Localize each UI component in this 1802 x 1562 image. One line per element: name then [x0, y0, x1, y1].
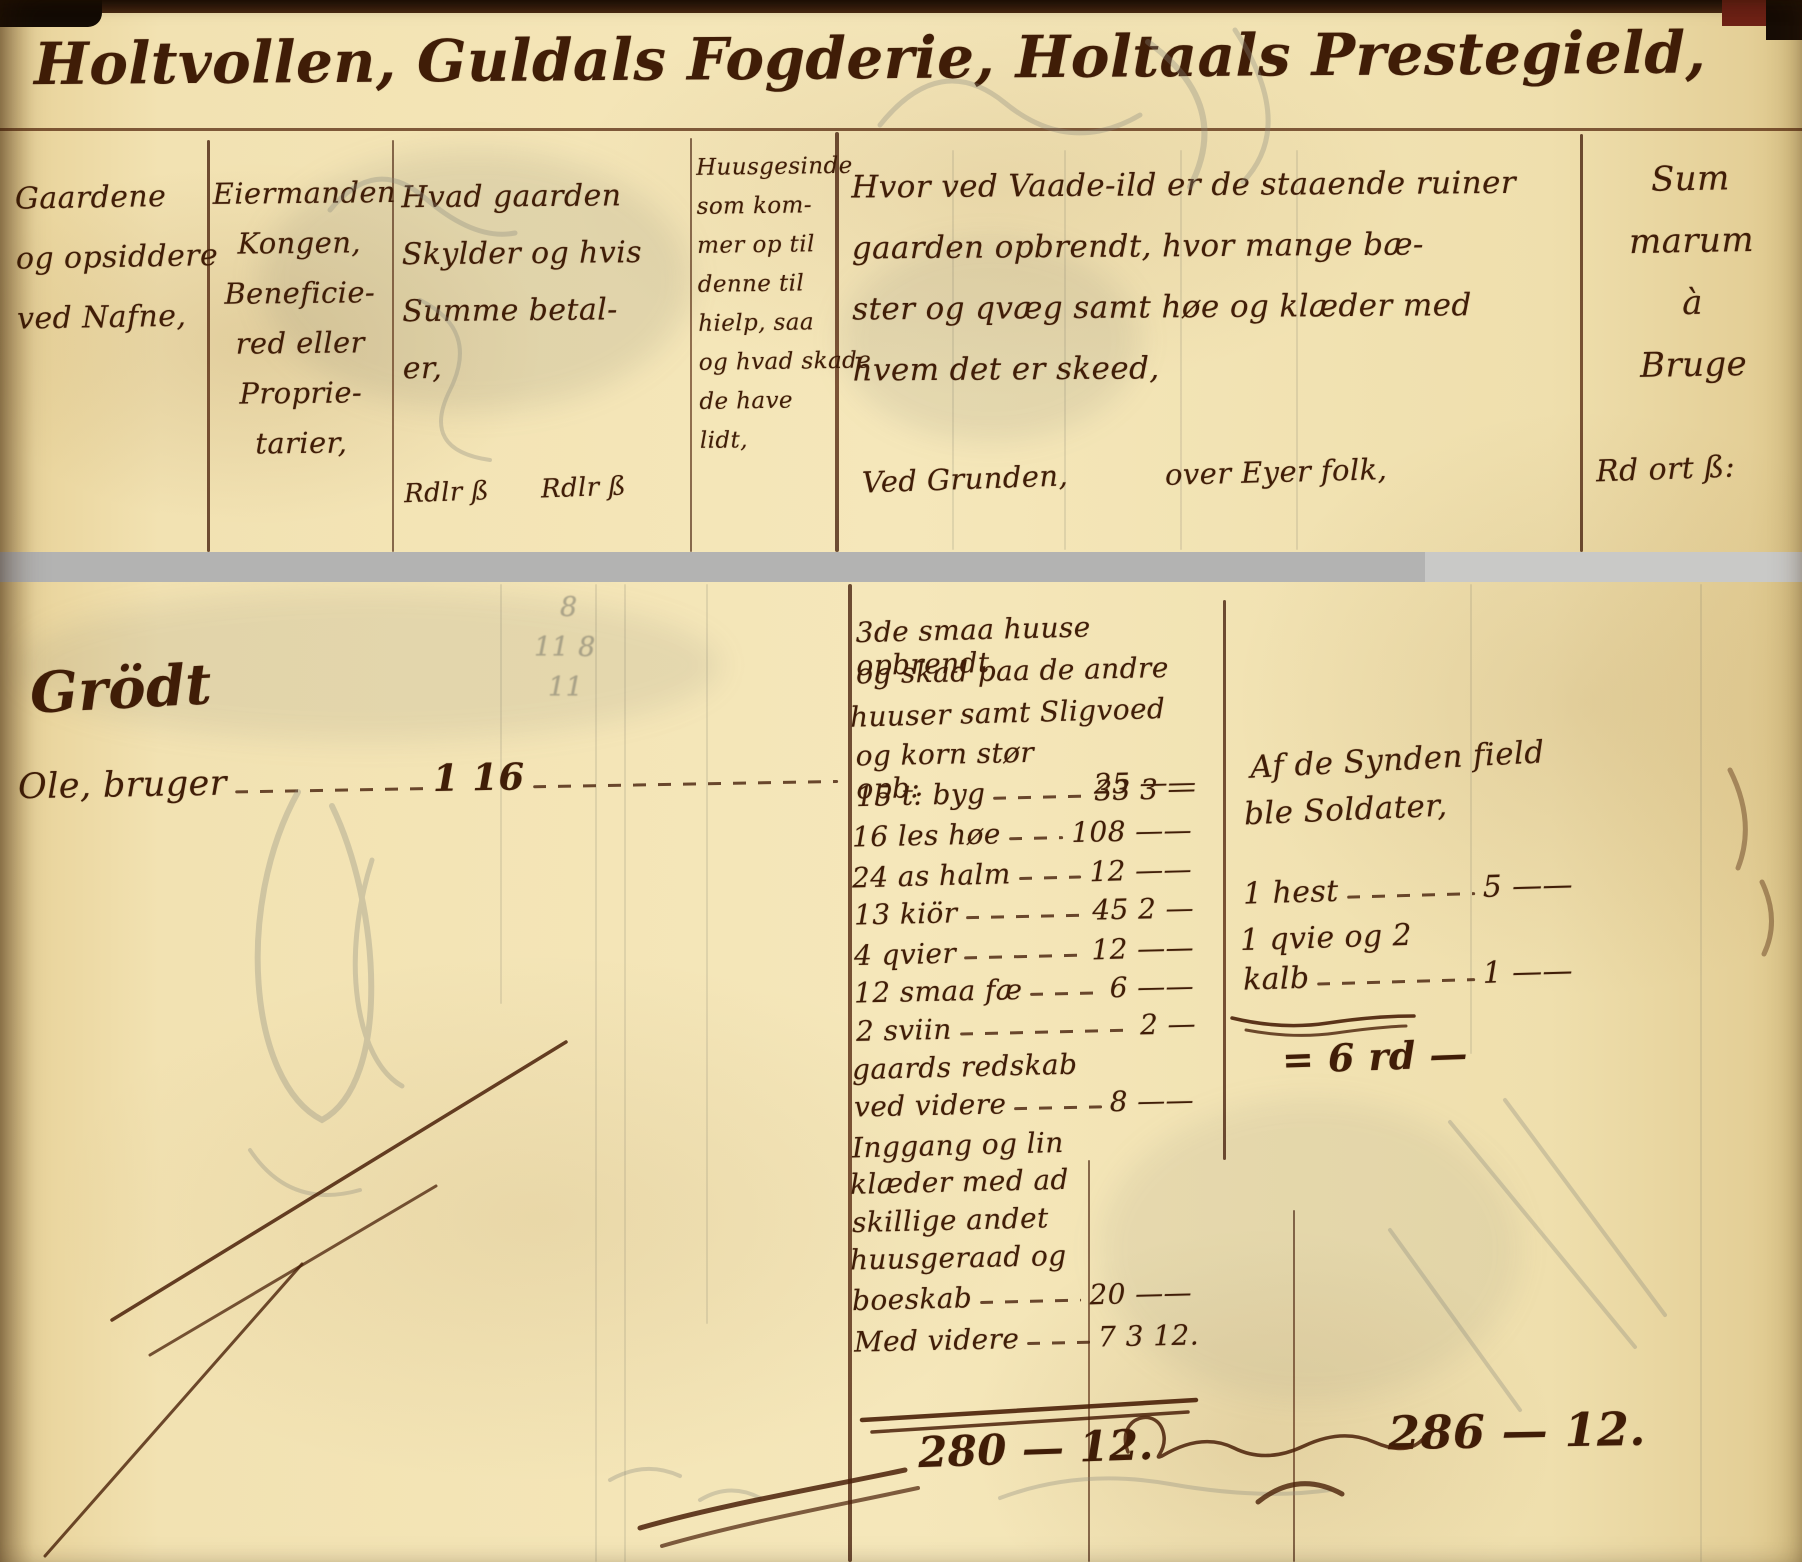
- subheader-rd-ort: Rd ort ß:: [1595, 450, 1735, 490]
- damage-row: 12 smaa fæ 6 ——: [854, 969, 1195, 1009]
- damage-value: 45 2 —: [1092, 891, 1194, 926]
- header-line: Hvad gaarden: [401, 167, 683, 226]
- side-note-item: 1 qvie og 2: [1240, 913, 1571, 958]
- header-line: og hvad skade: [699, 342, 832, 383]
- side-note-label: kalb: [1243, 961, 1310, 998]
- header-line: gaarden opbrendt, hvor mange bæ-: [852, 213, 1572, 279]
- occupant-row: Ole, bruger 1 16: [18, 749, 847, 807]
- header-line: à: [1592, 270, 1793, 335]
- pencil-rule: [595, 584, 597, 1562]
- damage-label: Inggang og lin: [852, 1126, 1065, 1165]
- header-line: Kongen,: [213, 217, 386, 269]
- damage-row: og skad paa de andre: [856, 650, 1197, 690]
- leader-line: [1318, 978, 1475, 985]
- leader-line: [1019, 875, 1082, 880]
- subheader-owner-folk: over Eyer folk,: [1165, 452, 1388, 492]
- column-divider: [835, 132, 839, 552]
- header-col-summarum: Sum marum à Bruge: [1590, 146, 1794, 397]
- header-col-tax: Hvad gaarden Skylder og hvis Summe betal…: [401, 167, 685, 397]
- damage-label: ved videre: [854, 1087, 1007, 1123]
- leader-line: [993, 795, 1086, 800]
- damage-value: 6 ——: [1109, 969, 1194, 1004]
- leader-line: [533, 780, 839, 788]
- damage-label: 15 t: byg: [856, 777, 986, 813]
- damage-label: huuser samt Sligvoed: [850, 692, 1166, 734]
- damage-row: 4 qvier 12 ——: [854, 931, 1195, 972]
- occupant-value: 1 16: [432, 754, 524, 800]
- damage-label: skillige andet: [852, 1201, 1049, 1239]
- grand-total: 286 — 12.: [1388, 1402, 1647, 1460]
- header-line: lidt,: [700, 420, 833, 461]
- header-line: Eiermanden: [212, 167, 385, 219]
- damage-row: boeskab 20 ——: [852, 1276, 1193, 1317]
- header-line: hielp, saa: [698, 303, 831, 344]
- side-note-item: 1 hest 5 ——: [1243, 867, 1574, 911]
- damage-row: 2 sviin 2 —: [856, 1007, 1197, 1048]
- pencil-rule: [706, 584, 708, 1324]
- pencil-rule: [624, 584, 626, 1562]
- damage-row: 15 t: byg 33 3 —: [856, 772, 1197, 813]
- manuscript-page: Holtvollen, Guldals Fogderie, Holtaals P…: [0, 0, 1802, 1562]
- leader-line: [1015, 1105, 1102, 1110]
- leader-line: [1030, 991, 1101, 995]
- damage-label: boeskab: [852, 1281, 973, 1317]
- ghost-number: 11 8: [534, 632, 596, 663]
- column-rule: [1223, 600, 1226, 1160]
- damage-label: huusgeraad og: [850, 1239, 1067, 1277]
- side-note-line: Af de Synden field: [1249, 734, 1545, 785]
- header-line: Summe betal-: [402, 281, 684, 340]
- leader-line: [235, 787, 425, 793]
- header-line: Hvor ved Vaade-ild er de staaende ruiner: [851, 152, 1571, 218]
- damage-label: 13 kiör: [854, 896, 958, 931]
- damage-value: 12 ——: [1091, 931, 1194, 966]
- damage-row: skillige andet: [852, 1198, 1193, 1239]
- header-line: hvem det er skeed,: [852, 335, 1572, 401]
- damage-value: 2 —: [1140, 1007, 1197, 1041]
- damage-label: Med videre: [854, 1322, 1020, 1358]
- column-divider: [207, 140, 210, 552]
- damage-label: 16 les høe: [852, 817, 1001, 853]
- header-line: Bruge: [1593, 332, 1794, 397]
- damage-value: 33 3 —: [1094, 772, 1196, 807]
- ghost-number: 11: [548, 672, 583, 703]
- leader-line: [1027, 1341, 1090, 1345]
- header-col-household: Huusgesinde som kom- mer op til denne ti…: [696, 147, 832, 461]
- header-line: red eller: [214, 317, 387, 369]
- damage-row: 24 as halm 12 ——: [852, 853, 1193, 895]
- side-note-total: = 6 rd —: [1281, 1031, 1468, 1082]
- occupant-name: Ole, bruger: [18, 764, 227, 808]
- column-divider: [1580, 134, 1583, 552]
- header-line: de have: [699, 381, 832, 422]
- side-note-label: 1 hest: [1243, 874, 1340, 912]
- header-line: Beneficie-: [213, 267, 386, 319]
- header-line: denne til: [697, 264, 830, 305]
- title-rule: [0, 128, 1802, 131]
- leader-line: [960, 1029, 1132, 1036]
- damage-row: ved videre 8 ——: [854, 1083, 1195, 1123]
- header-col-owner: Eiermanden Kongen, Beneficie- red eller …: [212, 167, 387, 469]
- header-line: Gaardene: [14, 166, 203, 229]
- damage-value: 12 ——: [1089, 853, 1192, 889]
- header-line: som kom-: [696, 186, 829, 227]
- ghost-number: 8: [560, 592, 578, 623]
- side-note-item: kalb 1 ——: [1243, 953, 1574, 997]
- header-line: Skylder og hvis: [402, 224, 684, 283]
- damage-value: 108 ——: [1071, 813, 1192, 849]
- farm-name: Grödt: [28, 651, 213, 726]
- leader-line: [980, 1299, 1081, 1304]
- damage-row: huusgeraad og: [850, 1236, 1191, 1276]
- damage-label: klæder med ad: [850, 1163, 1069, 1201]
- top-edge-bar: [0, 0, 1802, 13]
- damage-label: 12 smaa fæ: [854, 973, 1023, 1010]
- damage-value: 8 ——: [1109, 1083, 1194, 1118]
- side-note-value: 5 ——: [1482, 867, 1573, 905]
- damage-row: klæder med ad: [850, 1160, 1191, 1201]
- leader-line: [1009, 836, 1064, 840]
- damage-label: 4 qvier: [854, 937, 957, 972]
- damage-row: 13 kiör 45 2 —: [854, 891, 1195, 931]
- damage-row: gaards redskab: [852, 1045, 1193, 1086]
- side-note-value: 1 ——: [1482, 953, 1573, 991]
- gray-divider-light-segment: [1425, 552, 1802, 582]
- header-line: Sum: [1590, 146, 1791, 211]
- pencil-rule: [1700, 584, 1702, 1562]
- leader-line: [964, 954, 1083, 960]
- damage-row: Inggang og lin: [852, 1123, 1193, 1165]
- page-title: Holtvollen, Guldals Fogderie, Holtaals P…: [34, 18, 1774, 98]
- leader-line: [966, 914, 1085, 919]
- header-col-farms: Gaardene og opsiddere ved Nafne,: [14, 166, 205, 349]
- damage-label: og skad paa de andre: [856, 651, 1169, 691]
- header-line: Proprie-: [215, 367, 388, 419]
- damage-row: huuser samt Sligvoed: [850, 691, 1191, 733]
- side-note-label: 1 qvie og 2: [1240, 918, 1413, 958]
- side-note-line: ble Soldater,: [1243, 788, 1448, 833]
- header-col-fire-damage: Hvor ved Vaade-ild er de staaende ruiner…: [851, 152, 1573, 401]
- gray-divider-band: [0, 552, 1802, 582]
- column-rule: [1293, 1210, 1295, 1562]
- damage-label: 2 sviin: [856, 1013, 952, 1048]
- subheader-ground: Ved Grunden,: [861, 458, 1068, 499]
- subheader-currency: Rdlr ß Rdlr ß: [404, 469, 705, 509]
- damage-value: 20 ——: [1089, 1276, 1192, 1311]
- header-line: marum: [1591, 208, 1792, 273]
- damage-label: 24 as halm: [852, 857, 1012, 894]
- header-line: tarier,: [215, 417, 388, 469]
- damage-row: 16 les høe 108 ——: [852, 813, 1193, 853]
- damage-value: 7 3 12.: [1098, 1318, 1199, 1353]
- header-line: og opsiddere: [15, 226, 204, 289]
- leader-line: [1347, 892, 1475, 899]
- header-line: ved Nafne,: [17, 286, 206, 349]
- damage-total: 280 — 12.: [917, 1420, 1154, 1477]
- header-line: ster og qvæg samt høe og klæder med: [852, 274, 1572, 340]
- header-line: er,: [403, 338, 685, 397]
- damage-label: gaards redskab: [852, 1048, 1078, 1086]
- damage-row: Med videre 7 3 12.: [854, 1318, 1200, 1358]
- header-line: mer op til: [697, 225, 830, 266]
- header-line: Huusgesinde: [696, 147, 829, 188]
- corner-block-left: [0, 0, 102, 27]
